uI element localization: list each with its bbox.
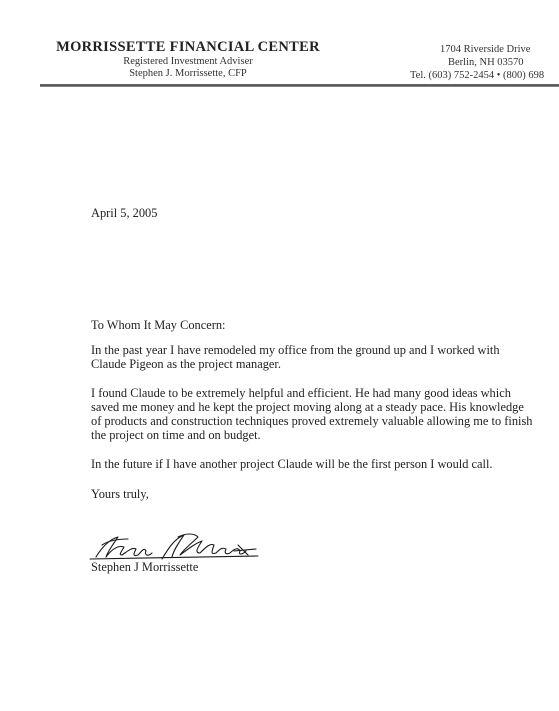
paragraph-line: the project on time and on budget.	[91, 428, 531, 442]
letter-paragraph-2: I found Claude to be extremely helpful a…	[91, 386, 531, 442]
paragraph-line: Claude Pigeon as the project manager.	[91, 357, 531, 371]
letter-paragraph-1: In the past year I have remodeled my off…	[91, 343, 531, 371]
paragraph-line: In the future if I have another project …	[91, 457, 531, 471]
letterhead-address-block: 1704 Riverside Drive Berlin, NH 03570 Te…	[410, 43, 559, 82]
letterhead-divider	[40, 84, 559, 87]
letterhead-left-block: MORRISSETTE FINANCIAL CENTER Registered …	[48, 39, 328, 80]
letter-salutation: To Whom It May Concern:	[91, 318, 531, 332]
address-street: 1704 Riverside Drive	[410, 43, 559, 56]
address-city: Berlin, NH 03570	[410, 56, 559, 69]
letter-closing: Yours truly,	[91, 487, 531, 501]
principal-name: Stephen J. Morrissette, CFP	[48, 68, 328, 80]
company-subtitle: Registered Investment Adviser	[48, 56, 328, 68]
signer-name: Stephen J Morrissette	[91, 560, 198, 574]
paragraph-line: In the past year I have remodeled my off…	[91, 343, 531, 357]
phone-numbers: Tel. (603) 752-2454 • (800) 698	[410, 69, 559, 82]
letter-paragraph-3: In the future if I have another project …	[91, 457, 531, 471]
company-name: MORRISSETTE FINANCIAL CENTER	[48, 39, 328, 56]
paragraph-line: I found Claude to be extremely helpful a…	[91, 386, 531, 400]
letter-date: April 5, 2005	[91, 206, 531, 220]
paragraph-line: of products and construction techniques …	[91, 414, 531, 428]
paragraph-line: saved me money and he kept the project m…	[91, 400, 531, 414]
